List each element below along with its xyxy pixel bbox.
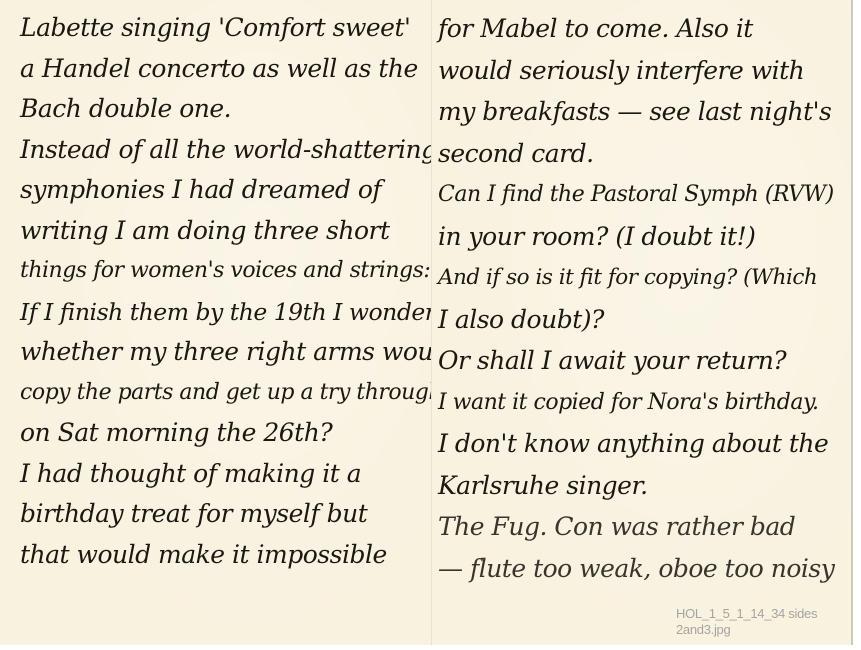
watermark-line-1: HOL_1_5_1_14_34 sides: [676, 606, 817, 622]
letter-line: that would make it impossible: [20, 535, 432, 576]
letter-line: a Handel concerto as well as the: [20, 49, 432, 90]
letter-line: If I finish them by the 19th I wonder: [20, 292, 432, 333]
letter-line: And if so is it fit for copying? (Which: [438, 257, 852, 299]
letter-line: Can I find the Pastoral Symph (RVW): [438, 174, 852, 216]
letter-line: whether my three right arms would: [20, 332, 432, 373]
right-page: for Mabel to come. Also it would serious…: [432, 0, 852, 645]
filename-watermark: HOL_1_5_1_14_34 sides 2and3.jpg: [676, 606, 817, 638]
letter-line: copy the parts and get up a try through: [20, 373, 432, 414]
letter-line: Instead of all the world-shattering: [20, 130, 432, 171]
letter-line: my breakfasts — see last night's: [438, 91, 852, 133]
letter-line: Or shall I await your return?: [438, 340, 852, 382]
letter-line: things for women's voices and strings:: [20, 251, 432, 292]
letter-line: I also doubt)?: [438, 299, 852, 341]
letter-line: — flute too weak, oboe too noisy: [438, 548, 852, 590]
letter-line: The Fug. Con was rather bad: [438, 506, 852, 548]
letter-line: Karlsruhe singer.: [438, 465, 852, 507]
letter-line: Labette singing 'Comfort sweet': [20, 8, 432, 49]
letter-line: writing I am doing three short: [20, 211, 432, 252]
letter-line: second card.: [438, 133, 852, 175]
letter-scan: ~~~ ~~ ~~~~~ ~~ ~~~~~ ~~~ ~~~~~ ~~~~ ~~~…: [0, 0, 852, 645]
left-page: Labette singing 'Comfort sweet' a Handel…: [0, 0, 432, 645]
letter-line: in your room? (I doubt it!): [438, 216, 852, 258]
letter-line: I had thought of making it a: [20, 454, 432, 495]
letter-line: symphonies I had dreamed of: [20, 170, 432, 211]
watermark-line-2: 2and3.jpg: [676, 622, 817, 638]
paper-edge: [851, 0, 853, 645]
letter-line: on Sat morning the 26th?: [20, 413, 432, 454]
letter-line: I want it copied for Nora's birthday.: [438, 382, 852, 424]
letter-line: I don't know anything about the: [438, 423, 852, 465]
letter-line: Bach double one.: [20, 89, 432, 130]
letter-line: birthday treat for myself but: [20, 494, 432, 535]
letter-line: for Mabel to come. Also it: [438, 8, 852, 50]
letter-line: would seriously interfere with: [438, 50, 852, 92]
